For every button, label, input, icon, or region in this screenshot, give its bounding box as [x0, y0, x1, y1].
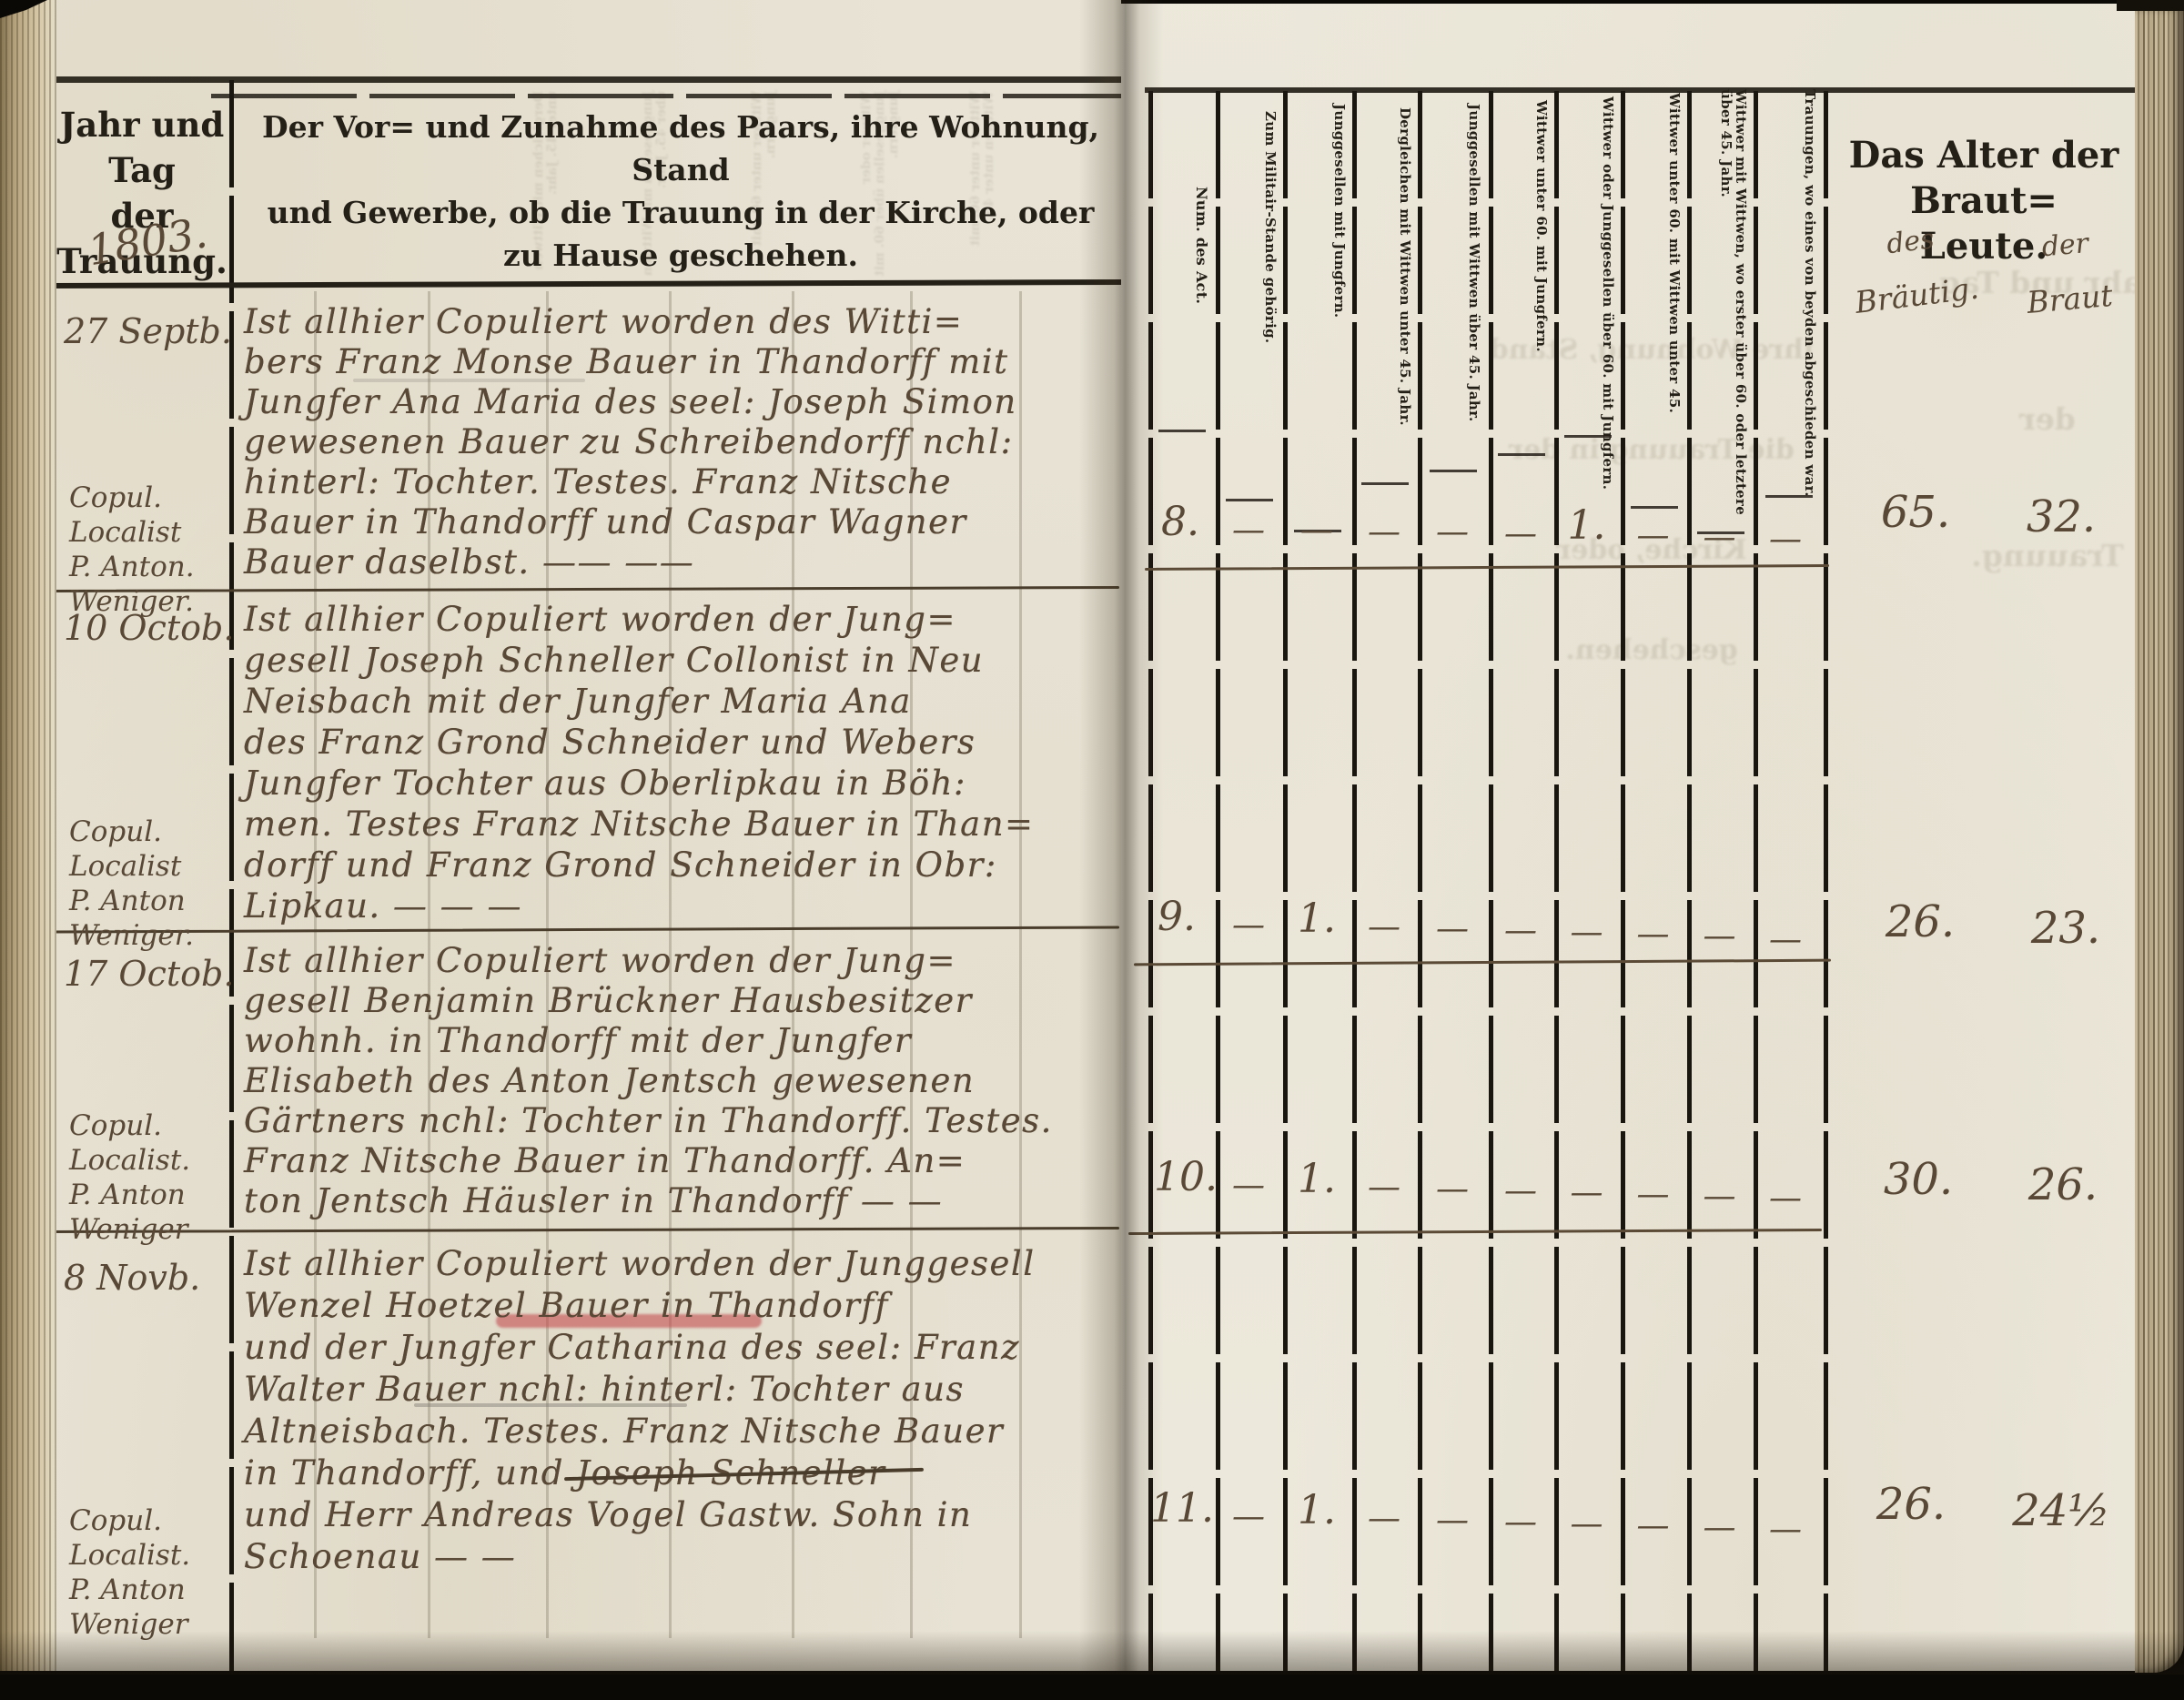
header-tick — [1226, 499, 1273, 501]
ages-header-line: Das Alter der Braut= — [1827, 133, 2140, 224]
entry-text-line: Bauer daselbst. —— —— — [244, 542, 1017, 582]
stat-column-header: Dergleichen mit Wittwen unter 45. Jahr. — [1358, 107, 1412, 521]
stat-cell: — — [1559, 1174, 1614, 1211]
stat-cell: — — [1357, 513, 1411, 551]
entry-date: 27 Septb. — [64, 311, 232, 351]
header-tick — [1631, 506, 1678, 509]
stat-cell: — — [1493, 912, 1548, 949]
officiant-note: Copul. Localist. P. Anton Weniger — [69, 1503, 190, 1642]
entry-text-line: Ist allhier Copuliert worden der Jung= — [244, 941, 1053, 981]
stat-cell: — — [1625, 916, 1681, 953]
bleedthrough-line-text: geschehen. — [1456, 601, 1847, 701]
stat-cell: — — [1422, 1502, 1482, 1539]
stat-cell: — — [1758, 1511, 1813, 1548]
stat-cell: 1. — [1288, 1487, 1346, 1533]
column-rule — [1352, 91, 1357, 1671]
row-number: 11. — [1150, 1485, 1214, 1532]
stat-cell: — — [1758, 1179, 1813, 1217]
stat-column-header: Wittwer unter 60. mit Jungfern. — [1494, 100, 1549, 501]
page-edge-stack — [2135, 7, 2184, 1673]
table-rule-top-2 — [211, 94, 1121, 98]
entry-text-line: Franz Nitsche Bauer in Thandorff. An= — [244, 1141, 1053, 1181]
groom-age: 65. — [1852, 487, 1979, 538]
officiant-line: P. Anton — [69, 1178, 190, 1212]
couple-column-header-line: zu Hause geschehen. — [244, 234, 1117, 277]
column-rule — [1824, 91, 1828, 1671]
stat-cell: — — [1692, 917, 1747, 955]
officiant-line: Weniger — [69, 1607, 190, 1642]
entry-text-line: dorff und Franz Grond Schneider in Obr: — [244, 845, 1035, 885]
couple-column-header-line: und Gewerbe, ob die Trauung in der Kirch… — [244, 191, 1117, 234]
officiant-line: Weniger. — [69, 918, 194, 953]
entry-text-line: Lipkau. — — — — [244, 885, 1035, 926]
stat-cell: — — [1357, 1500, 1411, 1537]
groom-age-label: des Bräutig. — [1841, 218, 1987, 321]
table-rule-top — [50, 76, 1121, 83]
officiant-line: P. Anton — [69, 884, 194, 918]
bride-age: 24½ — [1988, 1485, 2134, 1536]
stat-cell: 1. — [1559, 502, 1614, 549]
stat-cell: — — [1625, 1176, 1681, 1213]
officiant-line: Localist — [69, 849, 194, 884]
register-book-scan: Dergleichen mit Wittwen unter 45. Jahr. … — [0, 0, 2184, 1700]
stat-column-header: Trauungen, wo eines von beyden abgeschie… — [1759, 89, 1817, 508]
officiant-line: P. Anton. — [69, 550, 195, 584]
couple-column-header-line: Der Vor= und Zunahme des Paars, ihre Woh… — [244, 106, 1117, 191]
entry-text-line: Ist allhier Copuliert worden der Jungges… — [244, 1243, 1036, 1285]
entry-text-line: men. Testes Franz Nitsche Bauer in Than= — [244, 804, 1035, 845]
stat-cell: — — [1357, 1169, 1411, 1206]
stat-column-header: Junggesellen mit Jungfern. — [1289, 104, 1347, 522]
header-tick — [1765, 495, 1813, 498]
entry-text-line: Bauer in Thandorff und Caspar Wagner — [244, 502, 1017, 542]
stat-column-header: Wittwer unter 60. mit Wittwen unter 45. — [1626, 93, 1682, 502]
header-tick — [1361, 482, 1409, 485]
groom-age: 30. — [1855, 1154, 1982, 1205]
entry-date: 10 Octob. — [64, 608, 234, 648]
stat-cell: — — [1625, 1507, 1681, 1544]
stat-cell: — — [1692, 1509, 1747, 1546]
stat-cell: — — [1220, 906, 1277, 944]
officiant-line: Copul. — [69, 1108, 190, 1143]
entry-text-line: hinterl: Tochter. Testes. Franz Nitsche — [244, 462, 1017, 502]
officiant-line: Copul. — [69, 815, 194, 849]
binding-edge — [0, 0, 56, 1671]
corner-dark-top-right — [2117, 0, 2184, 11]
stat-cell: 1. — [1288, 1156, 1346, 1202]
column-rule — [1489, 91, 1493, 1671]
date-column-header-line: Jahr und Tag — [53, 102, 231, 193]
entry-text: Ist allhier Copuliert worden der Jungges… — [244, 1243, 1036, 1578]
stat-cell: 1. — [1288, 896, 1346, 942]
entry-text-line: Schoenau — — — [244, 1536, 1036, 1578]
stat-cell: — — [1559, 914, 1614, 951]
officiant-line: Weniger — [69, 1212, 190, 1247]
column-rule — [1621, 91, 1625, 1671]
groom-age: 26. — [1856, 896, 1984, 947]
entry-text-line: bers Franz Monse Bauer in Thandorff mit — [244, 342, 1017, 382]
background-table — [0, 1675, 2184, 1700]
stat-cell: — — [1422, 513, 1482, 551]
entry-text-line: Elisabeth des Anton Jentsch gewesenen — [244, 1061, 1053, 1101]
stat-cell: — — [1493, 1503, 1548, 1541]
entry-text-line: wohnh. in Thandorff mit der Jungfer — [244, 1021, 1053, 1061]
entry-text: Ist allhier Copuliert worden der Jung= g… — [244, 941, 1053, 1221]
officiant-note: Copul. Localist. P. Anton Weniger — [69, 1108, 190, 1247]
entry-text-line: Ist allhier Copuliert worden der Jung= — [244, 599, 1035, 640]
header-tick — [1564, 435, 1612, 438]
pencil-underline — [353, 379, 585, 382]
entry-text-line: ton Jentsch Häusler in Thandorff — — — [244, 1181, 1053, 1221]
officiant-note: Copul. Localist P. Anton Weniger. — [69, 815, 194, 953]
entry-text-line: Altneisbach. Testes. Franz Nitsche Bauer — [244, 1411, 1036, 1452]
column-rule — [1554, 91, 1559, 1671]
stat-cell: — — [1625, 517, 1681, 554]
stat-cell: — — [1422, 1170, 1482, 1208]
entry-text-line: Jungfer Ana Maria des seel: Joseph Simon — [244, 382, 1017, 422]
column-rule — [1148, 91, 1153, 1671]
stat-cell: — — [1220, 1498, 1277, 1535]
entry-text-line: Wenzel Hoetzel Bauer in Thandorff — [244, 1285, 1036, 1327]
stat-cell: — — [1493, 1172, 1548, 1209]
stat-cell: — — [1758, 521, 1813, 558]
row-number: 8. — [1161, 499, 1199, 545]
entry-text-line: und der Jungfer Catharina des seel: Fran… — [244, 1327, 1036, 1369]
stat-cell: — — [1559, 1505, 1614, 1543]
row-number: 9. — [1158, 894, 1196, 940]
column-rule — [1754, 91, 1758, 1671]
bleedthrough-line-text: der — [1938, 351, 2157, 488]
header-tick — [1498, 453, 1545, 456]
entry-text-line: gesell Benjamin Brückner Hausbesitzer — [244, 981, 1053, 1021]
stat-column-header: Num. des Act. — [1156, 187, 1208, 487]
column-rule — [1418, 91, 1422, 1671]
entry-text-line: Gärtners nchl: Tochter in Thandorff. Tes… — [244, 1101, 1053, 1141]
officiant-line: Copul. — [69, 1503, 190, 1538]
officiant-line: Localist. — [69, 1538, 190, 1573]
stat-column-header: Wittwer mit Wittwen, wo erster über 60. … — [1693, 89, 1748, 517]
stat-column-header: Junggesellen mit Wittwen über 45. Jahr. — [1423, 104, 1481, 518]
couple-column-header: Der Vor= und Zunahme des Paars, ihre Woh… — [244, 106, 1117, 277]
entry-text: Ist allhier Copuliert worden der Jung= g… — [244, 599, 1035, 926]
row-number: 10. — [1154, 1154, 1218, 1200]
stat-cell: — — [1220, 511, 1277, 549]
stat-cell: — — [1288, 511, 1346, 549]
stat-column-header: Zum Militair-Stande gehörig. — [1221, 111, 1278, 521]
officiant-line: P. Anton — [69, 1573, 190, 1607]
header-tick — [1158, 430, 1206, 432]
stat-cell: — — [1493, 515, 1548, 552]
stat-cell: — — [1692, 1178, 1747, 1215]
officiant-line: Localist — [69, 515, 195, 550]
entry-date: 8 Novb. — [64, 1258, 200, 1298]
column-rule — [1283, 91, 1288, 1671]
officiant-note: Copul. Localist P. Anton. Weniger. — [69, 481, 195, 619]
stat-cell: — — [1692, 519, 1747, 556]
entry-text-line: Ist allhier Copuliert worden des Witti= — [244, 302, 1017, 342]
pencil-underline — [414, 1403, 687, 1407]
entry-text: Ist allhier Copuliert worden des Witti= … — [244, 302, 1017, 582]
officiant-line: Copul. — [69, 481, 195, 515]
entry-text-line: gesell Joseph Schneller Collonist in Neu — [244, 640, 1035, 681]
groom-age: 26. — [1847, 1479, 1975, 1530]
officiant-line: Localist. — [69, 1143, 190, 1178]
stat-cell: — — [1220, 1167, 1277, 1204]
entry-text-line: in Thandorff, und Joseph Schneller — [244, 1452, 1036, 1494]
entry-date: 17 Octob. — [64, 954, 234, 994]
entry-text-line: Jungfer Tochter aus Oberlipkau in Böh: — [244, 763, 1035, 804]
bride-age: 23. — [1997, 903, 2134, 954]
entry-text-line: des Franz Grond Schneider und Webers — [244, 722, 1035, 763]
column-rule — [1216, 91, 1220, 1671]
column-rule — [1687, 91, 1692, 1671]
bride-age: 32. — [1993, 491, 2129, 542]
bride-age: 26. — [1995, 1159, 2131, 1210]
stat-cell: — — [1357, 908, 1411, 946]
stat-cell: — — [1758, 921, 1813, 958]
header-tick — [1430, 470, 1477, 472]
stat-cell: — — [1422, 910, 1482, 947]
bride-age-label: der Braut — [1991, 223, 2144, 323]
entry-text-line: Neisbach mit der Jungfer Maria Ana — [244, 681, 1035, 722]
entry-text-line: gewesenen Bauer zu Schreibendorff nchl: — [244, 422, 1017, 462]
entry-text-line: und Herr Andreas Vogel Gastw. Sohn in — [244, 1494, 1036, 1536]
